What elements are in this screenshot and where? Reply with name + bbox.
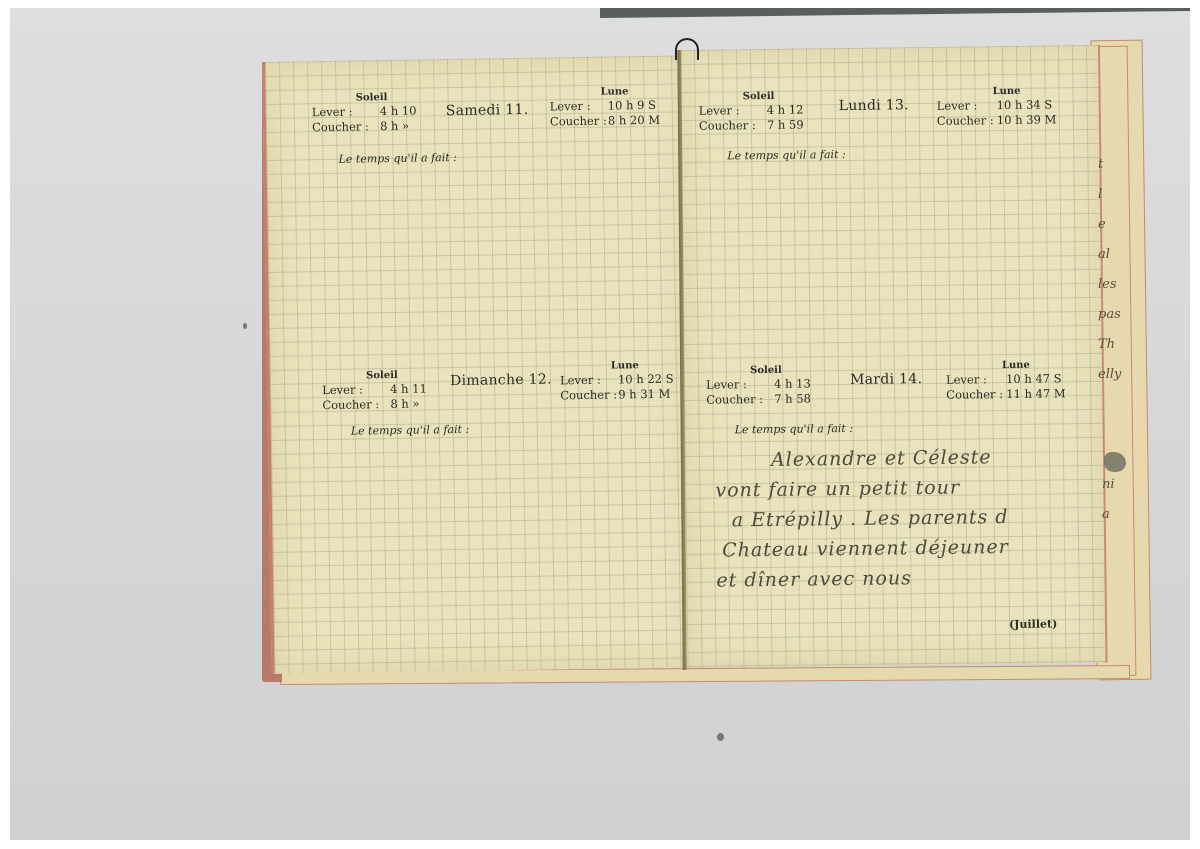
edge-fragment: elly <box>1098 360 1128 390</box>
moonrise-label: Lever : <box>550 99 608 115</box>
moonset-label: Coucher : <box>937 113 997 129</box>
sun-times: Soleil Lever :4 h 10 Coucher :8 h » <box>311 91 432 135</box>
handwritten-line: Chateau viennent déjeuner <box>716 532 1009 566</box>
moon-times: Lune Lever :10 h 9 S Coucher :8 h 20 M <box>549 85 680 129</box>
day-title: Mardi 14. <box>850 371 922 388</box>
weather-prompt: Le temps qu'il a fait : <box>351 423 470 438</box>
moonrise-label: Lever : <box>946 372 1006 388</box>
sunrise-label: Lever : <box>706 377 774 393</box>
dust-speck <box>243 323 247 329</box>
sunset-label: Coucher : <box>322 397 390 413</box>
sunrise-value: 4 h 10 <box>380 104 417 120</box>
dust-speck <box>717 733 724 741</box>
day-entry-lundi: Soleil Lever :4 h 12 Coucher :7 h 59 Lun… <box>680 45 1104 350</box>
moonrise-value: 10 h 9 S <box>608 98 656 114</box>
moonset-value: 8 h 20 M <box>608 113 660 129</box>
weather-prompt: Le temps qu'il a fait : <box>735 422 854 436</box>
next-page-edge-text: ni a <box>1102 470 1132 530</box>
edge-fragment: ni <box>1102 470 1132 500</box>
moonset-label: Coucher : <box>560 387 618 403</box>
handwritten-line: Alexandre et Céleste <box>715 442 1008 476</box>
sunset-value: 7 h 58 <box>774 391 811 406</box>
edge-fragment: l <box>1098 180 1128 210</box>
moonrise-label: Lever : <box>560 372 618 388</box>
handwritten-line: a Etrépilly . Les parents d <box>716 502 1009 536</box>
moonset-label: Coucher : <box>946 387 1006 403</box>
handwritten-line: vont faire un petit tour <box>715 472 1008 506</box>
day-entry-samedi: Soleil Lever :4 h 10 Coucher :8 h » Same… <box>265 55 694 362</box>
moonset-value: 11 h 47 M <box>1006 386 1066 402</box>
moon-times: Lune Lever :10 h 47 S Coucher :11 h 47 M <box>946 359 1087 403</box>
day-entry-dimanche: Soleil Lever :4 h 11 Coucher :8 h » Dima… <box>270 355 699 662</box>
sunrise-value: 4 h 13 <box>774 376 811 391</box>
sunset-label: Coucher : <box>706 392 774 408</box>
handwritten-line: et dîner avec nous <box>716 562 1009 596</box>
moonset-label: Coucher : <box>550 114 608 130</box>
edge-fragment: les <box>1098 270 1128 300</box>
day-title: Lundi 13. <box>839 97 909 114</box>
edge-fragment: e <box>1098 210 1128 240</box>
weather-prompt: Le temps qu'il a fait : <box>338 151 457 166</box>
day-title: Dimanche 12. <box>450 371 552 389</box>
moonset-value: 10 h 39 M <box>997 112 1057 128</box>
sunrise-value: 4 h 12 <box>767 102 804 117</box>
edge-fragment: t <box>1098 150 1128 180</box>
next-page-edge-text: t l e al les pas Th elly <box>1098 150 1128 390</box>
edge-fragment: a <box>1102 500 1132 530</box>
sunrise-value: 4 h 11 <box>390 381 427 397</box>
sun-times: Soleil Lever :4 h 11 Coucher :8 h » <box>322 369 443 413</box>
moon-times: Lune Lever :10 h 34 S Coucher :10 h 39 M <box>936 85 1077 129</box>
sunset-value: 7 h 59 <box>767 117 804 132</box>
moonrise-label: Lever : <box>937 98 997 114</box>
moon-times: Lune Lever :10 h 22 S Coucher :9 h 31 M <box>560 359 691 403</box>
sun-times: Soleil Lever :4 h 12 Coucher :7 h 59 <box>699 90 820 133</box>
ink-blot <box>1104 452 1126 472</box>
moonset-value: 9 h 31 M <box>618 387 670 403</box>
sunset-label: Coucher : <box>312 119 380 135</box>
sunrise-label: Lever : <box>322 382 390 398</box>
sunrise-label: Lever : <box>312 104 380 120</box>
weather-prompt: Le temps qu'il a fait : <box>727 148 846 162</box>
moonrise-value: 10 h 47 S <box>1006 371 1062 387</box>
binding-thread-loop <box>675 38 699 60</box>
edge-fragment: Th <box>1098 330 1128 360</box>
sunset-label: Coucher : <box>699 118 767 134</box>
sunset-value: 8 h » <box>380 119 409 134</box>
handwritten-note: Alexandre et Céleste vont faire un petit… <box>715 442 1010 596</box>
sunrise-label: Lever : <box>699 103 767 119</box>
sunset-value: 8 h » <box>390 397 419 412</box>
moonrise-value: 10 h 34 S <box>997 97 1053 113</box>
edge-fragment: pas <box>1098 300 1128 330</box>
left-page: Soleil Lever :4 h 10 Coucher :8 h » Same… <box>262 55 696 674</box>
right-page: Soleil Lever :4 h 12 Coucher :7 h 59 Lun… <box>680 45 1108 668</box>
sun-times: Soleil Lever :4 h 13 Coucher :7 h 58 <box>706 364 827 407</box>
day-title: Samedi 11. <box>446 102 529 119</box>
moonrise-value: 10 h 22 S <box>618 372 674 388</box>
edge-fragment: al <box>1098 240 1128 270</box>
month-label: (Juillet) <box>1009 617 1057 631</box>
